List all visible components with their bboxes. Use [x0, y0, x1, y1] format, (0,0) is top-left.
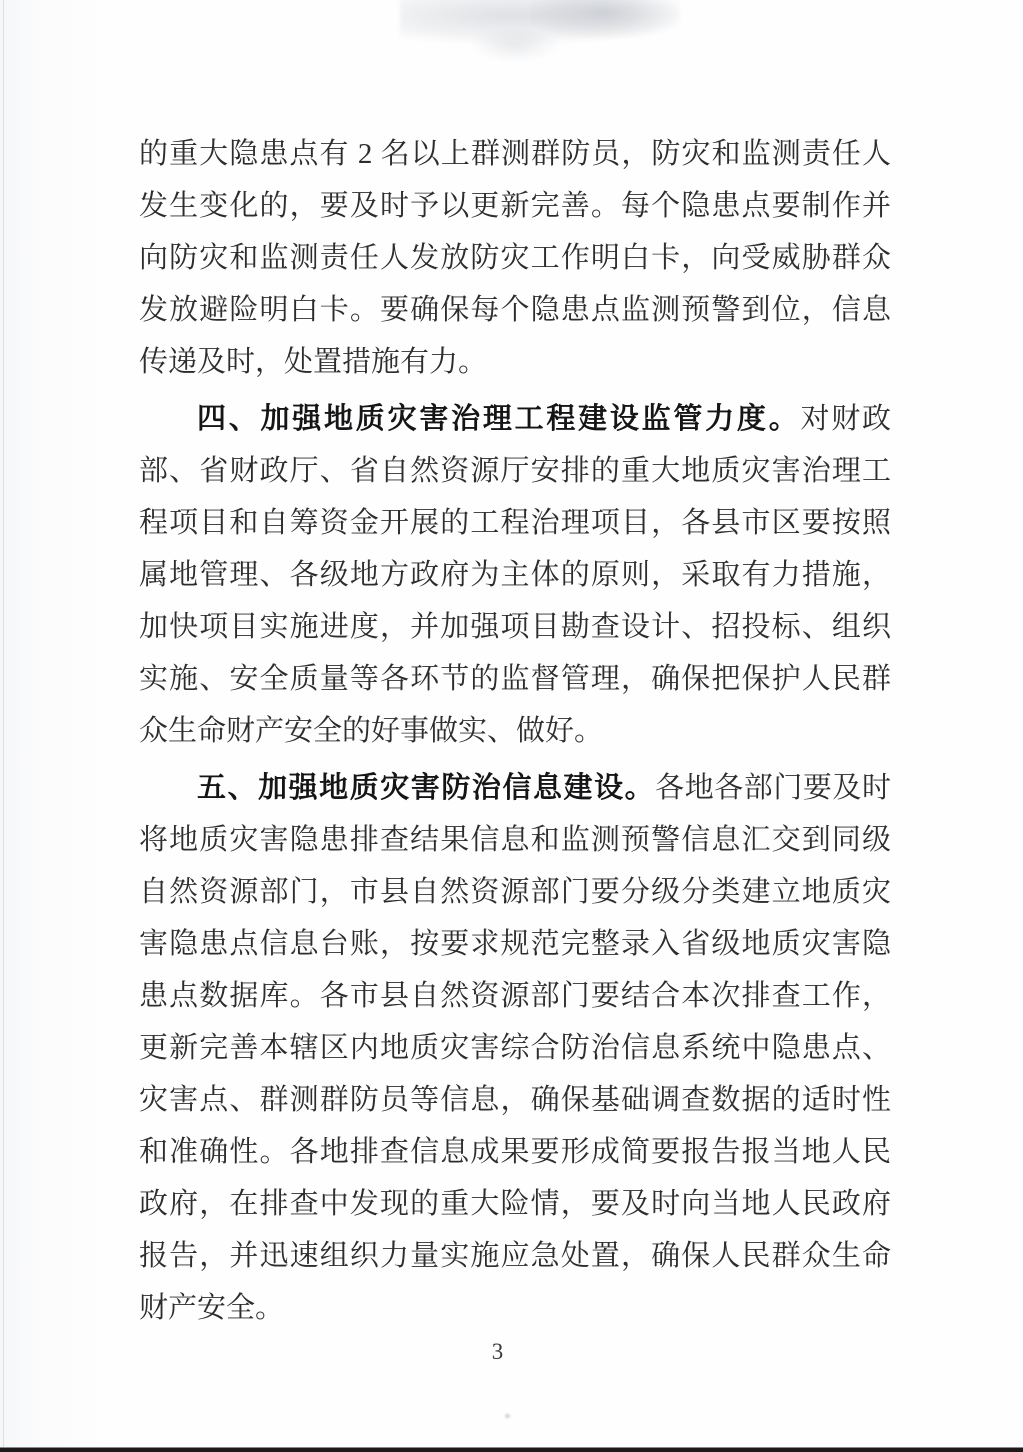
- section-4-heading: 四、加强地质灾害治理工程建设监管力度。: [197, 403, 800, 435]
- section-5-heading: 五、加强地质灾害防治信息建设。: [197, 772, 655, 804]
- scan-smudge-top: [400, 0, 680, 44]
- section-4-paragraph: 四、加强地质灾害治理工程建设监管力度。对财政部、省财政厅、省自然资源厅安排的重大…: [139, 393, 891, 757]
- section-5-paragraph: 五、加强地质灾害防治信息建设。各地各部门要及时将地质灾害隐患排查结果信息和监测预…: [139, 762, 891, 1334]
- scan-edge-bottom-strip: [0, 1447, 1023, 1452]
- scan-smudge-top-small: [470, 28, 560, 62]
- document-body: 的重大隐患点有 2 名以上群测群防员，防灾和监测责任人发生变化的，要及时予以更新…: [139, 128, 891, 1334]
- section-5-text: 各地各部门要及时将地质灾害隐患排查结果信息和监测预警信息汇交到同级自然资源部门，…: [139, 772, 891, 1324]
- section-4-text: 对财政部、省财政厅、省自然资源厅安排的重大地质灾害治理工程项目和自筹资金开展的工…: [139, 403, 891, 747]
- scan-edge-left-line: [3, 0, 4, 1452]
- scan-smudge-top-right: [530, 0, 680, 38]
- page-number: 3: [0, 1338, 1009, 1366]
- scan-speck: [505, 1414, 510, 1418]
- scanned-document-page: 的重大隐患点有 2 名以上群测群防员，防灾和监测责任人发生变化的，要及时予以更新…: [0, 0, 1023, 1452]
- paragraph-continuation: 的重大隐患点有 2 名以上群测群防员，防灾和监测责任人发生变化的，要及时予以更新…: [139, 128, 891, 388]
